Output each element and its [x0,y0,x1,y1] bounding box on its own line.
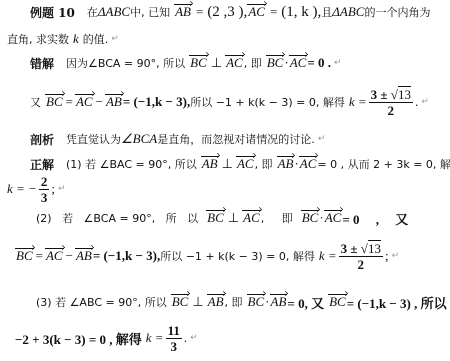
return-mark-icon: ↵ [421,97,429,107]
k-equals: k = − [7,181,37,197]
case1-line-1: 正解 (1) 若 ∠BAC = 90°, 所以 AB ⊥ AC , 即 AB ·… [30,154,450,174]
text: (3) 若 ∠ABC = 90°, 所以 [36,294,167,310]
return-mark-icon: ↵ [392,251,400,261]
problem-line-1: 例题 10 在 ΔABC 中, 已知 AB = (2 ,3 ), AC = (1… [30,2,430,22]
problem-label: 例题 10 [30,4,75,21]
vector-ab: AB [277,156,295,172]
vector-bc: BC [206,210,225,226]
fraction: 11 3 [166,323,182,354]
text: 是直角，而忽视对诸情况的讨论. [157,131,315,147]
text: ; [51,181,55,197]
bc-value: = (−1,k − 3) , 所以 [347,293,447,312]
vector-bc: BC [15,248,34,264]
text: , 即 [244,55,262,71]
equals: = [270,4,277,20]
text: 的一个内角为 [364,4,430,20]
return-mark-icon: ↵ [190,333,198,343]
vector-ab: AB [75,248,93,264]
wrong-solution-label: 错解 [30,55,54,72]
text: −2 + 3(k − 3) = 0 , 解得 [15,329,142,348]
vector-ac: AC [324,210,343,226]
equals: = [36,248,43,264]
perp-symbol: ⊥ [222,156,233,172]
problem-line-2: 直角, 求实数 k 的值. ↵ [7,29,119,49]
vector-bc: BC [171,294,190,310]
minus: − [66,248,73,264]
vector-ac: AC [247,4,266,20]
triangle-abc: ΔABC [332,4,364,20]
text: = 0 , 又 [342,209,408,228]
case3-line-1: (3) 若 ∠ABC = 90°, 所以 BC ⊥ AB , 即 BC · AB… [36,292,447,312]
text: , 即 [225,294,243,310]
case1-line-2: k = − 2 3 ; ↵ [7,172,66,206]
case2-line-2: BC = AC − AB = (−1,k − 3), 所以 −1 + k(k −… [15,238,399,274]
vector-ab: AB [270,294,288,310]
k-equals: k = [349,94,367,110]
return-mark-icon: ↵ [58,184,66,194]
equals: = [66,94,73,110]
perp-symbol: ⊥ [192,294,203,310]
fraction: 3 ± √13 2 [369,87,413,118]
text: . [415,94,418,110]
triangle-abc: ΔABC [98,4,130,20]
ac-value: (1, k ), [281,4,321,21]
text: , 即 [261,210,293,226]
text: , 即 [255,156,273,172]
vector-ac: AC [45,248,64,264]
text: 直角, 求实数 [7,31,69,47]
equals: = [196,4,203,20]
text: (1) 若 ∠BAC = 90°, 所以 [66,156,197,172]
text: 在 [87,4,98,20]
wrong-solution-line-2: 又 BC = AC − AB = (−1,k − 3), 所以 −1 + k(k… [30,84,429,120]
text: (2) 若 ∠BCA = 90°, 所 以 [36,210,198,226]
text: = 0 . [307,55,331,71]
text: 的值. [83,31,109,47]
k-equals: k = [146,330,164,346]
wrong-solution-line-1: 错解 因为∠BCA = 90°, 所以 BC ⊥ AC , 即 BC · AC … [30,53,342,73]
angle-bca: ∠BCA [121,131,157,147]
vector-ab: AB [174,4,192,20]
vector-ab: AB [105,94,123,110]
vector-ac: AC [289,55,308,71]
fraction: 3 ± √13 2 [339,241,383,272]
return-mark-icon: ↵ [318,134,326,144]
perp-symbol: ⊥ [211,55,222,71]
vector-ac: AC [75,94,94,110]
text: 所以 −1 + k(k − 3) = 0, 解得 [190,94,345,110]
text: ; [385,248,389,264]
text: 中, 已知 [130,4,170,20]
vector-ac: AC [242,210,261,226]
vector-bc: BC [266,55,285,71]
bc-value: = (−1,k − 3), [93,248,160,264]
var-k: k [73,31,79,47]
vector-ac: AC [299,156,318,172]
vector-ab: AB [207,294,225,310]
case3-line-2: −2 + 3(k − 3) = 0 , 解得 k = 11 3 . ↵ [15,320,198,356]
text: 且 [321,4,332,20]
correct-solution-label: 正解 [30,156,54,173]
text: = 0, 又 [287,293,324,312]
k-equals: k = [319,248,337,264]
vector-ac: AC [236,156,255,172]
fraction: 2 3 [39,174,50,205]
text: 因为∠BCA = 90°, 所以 [66,55,185,71]
analysis-line: 剖析 凭直觉认为 ∠BCA 是直角，而忽视对诸情况的讨论. ↵ [30,129,325,149]
vector-ac: AC [225,55,244,71]
text: 凭直觉认为 [66,131,121,147]
analysis-label: 剖析 [30,131,54,148]
perp-symbol: ⊥ [228,210,239,226]
vector-bc: BC [247,294,266,310]
text: . [184,330,187,346]
text: 又 [30,94,41,110]
bc-value: = (−1,k − 3), [123,94,190,110]
vector-bc: BC [189,55,208,71]
minus: − [96,94,103,110]
vector-bc: BC [328,294,347,310]
return-mark-icon: ↵ [334,58,342,68]
text: = 0 , 从而 2 + 3k = 0, 解得 [317,156,450,172]
vector-bc: BC [45,94,64,110]
vector-ab: AB [201,156,219,172]
text: 所以 −1 + k(k − 3) = 0, 解得 [160,248,315,264]
vector-bc: BC [301,210,320,226]
return-mark-icon: ↵ [111,34,119,44]
ab-value: (2 ,3 ), [207,4,247,21]
case2-line-1: (2) 若 ∠BCA = 90°, 所 以 BC ⊥ AC , 即 BC · A… [36,208,408,228]
